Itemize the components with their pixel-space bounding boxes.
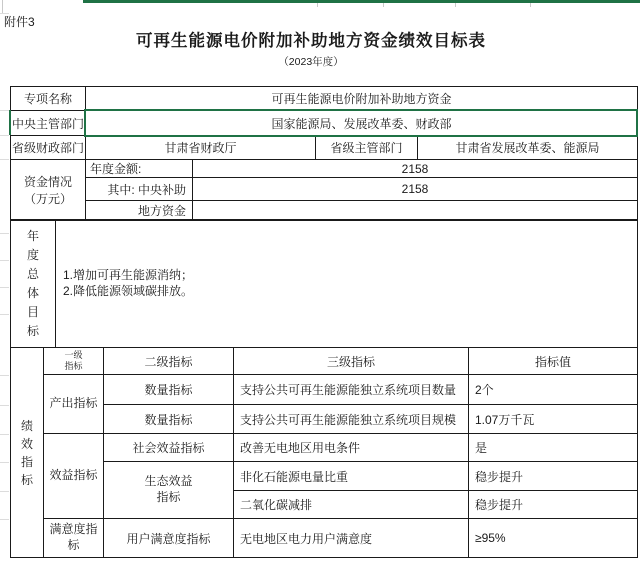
header-value[interactable]: 指标值 [469, 348, 638, 375]
cell-central-subsidy-value[interactable]: 2158 [193, 178, 638, 201]
sheet-gridline [0, 233, 9, 234]
cell-annual-amount-label[interactable]: 年度金额: [86, 160, 193, 178]
sheet-gridline [0, 287, 9, 288]
header-level3[interactable]: 三级指标 [234, 348, 469, 375]
sheet-gridline [0, 135, 9, 136]
cell-prov-dept-value[interactable]: 甘肃省发展改革委、能源局 [418, 136, 638, 160]
cell-local-funds-value[interactable] [193, 201, 638, 221]
cell-level1-satisfaction[interactable]: 满意度指标 [44, 519, 104, 558]
selection-left-tick [9, 110, 11, 135]
cell-level1-output[interactable]: 产出指标 [44, 375, 104, 434]
cell-value-row2[interactable]: 是 [469, 434, 638, 462]
cell-value-row4[interactable]: 稳步提升 [469, 491, 638, 519]
sheet-gridline [0, 434, 9, 435]
spreadsheet-page: 附件3 可再生能源电价附加补助地方资金绩效目标表 （2023年度） 专项名称 可… [0, 0, 640, 566]
cell-level2-user[interactable]: 用户满意度指标 [104, 519, 234, 558]
performance-table: 绩效指标 一级 指标 二级指标 三级指标 指标值 产出指标 数量指标 支持公共可… [10, 347, 638, 558]
page-title: 可再生能源电价附加补助地方资金绩效目标表 [0, 27, 622, 51]
cell-value-row1[interactable]: 1.07万千瓦 [469, 405, 638, 434]
cell-value-row3[interactable]: 稳步提升 [469, 462, 638, 491]
sheet-gridline [0, 159, 9, 160]
cell-prov-dept-label[interactable]: 省级主管部门 [316, 136, 418, 160]
sheet-gridline [0, 260, 9, 261]
performance-vertical-text: 绩效指标 [20, 417, 35, 489]
cell-level3-row0[interactable]: 支持公共可再生能源能独立系统项目数量 [234, 375, 469, 405]
cell-level2-eco[interactable]: 生态效益 指标 [104, 462, 234, 519]
cell-central-dept-label[interactable]: 中央主管部门 [11, 111, 86, 136]
cell-annual-amount-value[interactable]: 2158 [193, 160, 638, 178]
cell-level3-row4[interactable]: 二氧化碳减排 [234, 491, 469, 519]
cell-annual-goal-label[interactable]: 年度总体目标 [11, 220, 56, 348]
cell-value-row5[interactable]: ≥95% [469, 519, 638, 558]
sheet-gridline [2, 0, 3, 13]
cell-project-name-value[interactable]: 可再生能源电价附加补助地方资金 [86, 87, 638, 111]
sheet-gridline [0, 110, 9, 111]
page-subtitle: （2023年度） [0, 54, 622, 69]
sheet-gridline [0, 462, 9, 463]
selection-top-border [83, 0, 640, 3]
sheet-gridline [0, 375, 9, 376]
sheet-gridline [0, 314, 9, 315]
cell-level2-quantity-1[interactable]: 数量指标 [104, 375, 234, 405]
cell-level3-row3[interactable]: 非化石能源电量比重 [234, 462, 469, 491]
header-level2[interactable]: 二级指标 [104, 348, 234, 375]
cell-central-dept-value[interactable]: 国家能源局、发展改革委、财政部 [86, 111, 638, 136]
info-table: 专项名称 可再生能源电价附加补助地方资金 中央主管部门 国家能源局、发展改革委、… [10, 86, 638, 221]
header-level1[interactable]: 一级 指标 [44, 348, 104, 375]
annual-goal-table: 年度总体目标 1.增加可再生能源消纳； 2.降低能源领域碳排放。 [10, 219, 638, 348]
cell-level3-row5[interactable]: 无电地区电力用户满意度 [234, 519, 469, 558]
cell-level2-social[interactable]: 社会效益指标 [104, 434, 234, 462]
cell-central-subsidy-label[interactable]: 其中: 中央补助 [86, 178, 193, 201]
cell-level3-row2[interactable]: 改善无电地区用电条件 [234, 434, 469, 462]
cell-performance-label[interactable]: 绩效指标 [11, 348, 44, 558]
cell-prov-finance-label[interactable]: 省级财政部门 [11, 136, 86, 160]
cell-local-funds-label[interactable]: 地方资金 [86, 201, 193, 221]
cell-funding-label[interactable]: 资金情况 （万元） [11, 160, 86, 221]
annual-goal-vertical-text: 年度总体目标 [26, 227, 41, 341]
cell-annual-goal-content[interactable]: 1.增加可再生能源消纳； 2.降低能源领域碳排放。 [56, 220, 638, 348]
sheet-gridline [0, 519, 9, 520]
cell-value-row0[interactable]: 2个 [469, 375, 638, 405]
cell-project-name-label[interactable]: 专项名称 [11, 87, 86, 111]
sheet-gridline [0, 405, 9, 406]
cell-level1-benefit[interactable]: 效益指标 [44, 434, 104, 519]
cell-level3-row1[interactable]: 支持公共可再生能源能独立系统项目规模 [234, 405, 469, 434]
cell-level2-quantity-2[interactable]: 数量指标 [104, 405, 234, 434]
cell-prov-finance-value[interactable]: 甘肃省财政厅 [86, 136, 316, 160]
sheet-gridline [0, 491, 9, 492]
